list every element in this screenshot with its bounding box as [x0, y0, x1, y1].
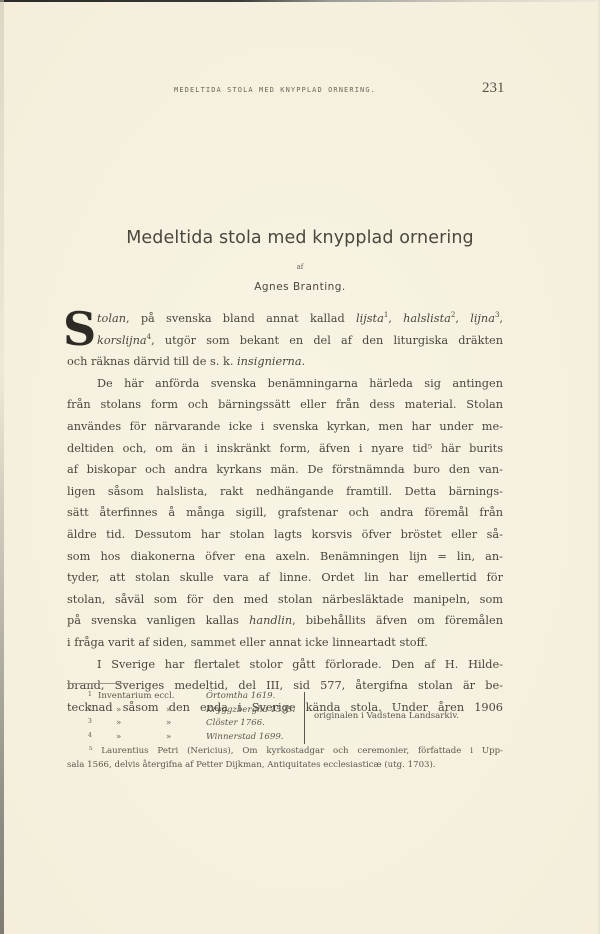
footnote-ditto: » [166, 717, 171, 731]
paragraph-2: De här anförda svenska benämningarna här… [67, 373, 503, 654]
book-page: MEDELTIDA STOLA MED KNYPPLAD ORNERING. 2… [0, 0, 600, 934]
article-title: Medeltida stola med knypplad ornering [0, 228, 600, 248]
footnote-brace [304, 692, 305, 744]
text-line: deltiden och, om än i inskränkt form, äf… [67, 438, 503, 460]
page-number: 231 [482, 80, 505, 97]
text-line: som hos diakonerna öfver ena axeln. Benä… [67, 546, 503, 568]
text-line: på svenska vanligen kallas handlin, bibe… [67, 610, 503, 632]
text-line: stolan, såväl som för den med stolan när… [67, 589, 503, 611]
text-line: äldre tid. Dessutom har stolan lagts kor… [67, 524, 503, 546]
text-line: sala 1566, delvis återgifna af Petter Di… [67, 759, 503, 773]
footnote-rule [67, 683, 127, 684]
footnote-parish: Örtomtha 1619. [206, 690, 275, 704]
footnote-number: 3 [88, 715, 92, 729]
footnote-ditto: » [166, 731, 171, 745]
drop-cap: S [63, 306, 96, 352]
footnote-parish: Clöster 1766. [206, 717, 265, 731]
text-line: i fråga varit af siden, sammet eller ann… [67, 632, 503, 654]
footnote-ditto: » [166, 704, 171, 718]
footnote-ditto: » [116, 717, 121, 731]
text-line: användes för närvarande icke i svenska k… [67, 416, 503, 438]
text-line: ⁵ Laurentius Petri (Nericius), Om kyrkos… [67, 745, 503, 759]
text-line: och räknas därvid till de s. k. insignie… [67, 351, 503, 373]
footnote-number: 1 [88, 688, 92, 702]
paragraph-1: S tolan, på svenska bland annat kallad l… [67, 308, 503, 373]
footnote-5: ⁵ Laurentius Petri (Nericius), Om kyrkos… [67, 745, 503, 772]
article-body: S tolan, på svenska bland annat kallad l… [67, 308, 503, 718]
text-line: korslijna4, utgör som bekant en del af d… [67, 330, 503, 352]
footnote-number: 4 [88, 729, 92, 743]
text-line: tolan, på svenska bland annat kallad lij… [67, 308, 503, 330]
footnote-parish: Kryggzbergha 1595. [206, 704, 295, 718]
running-head: MEDELTIDA STOLA MED KNYPPLAD ORNERING. [174, 86, 376, 94]
text-line: ligen såsom halslista, rakt nedhängande … [67, 481, 503, 503]
scan-edge-left [0, 0, 4, 934]
text-line: sätt återfinnes å många sigill, grafsten… [67, 502, 503, 524]
text-line: De här anförda svenska benämningarna här… [67, 373, 503, 395]
footnote-brace-label: originalen i Vadstena Landsarkiv. [314, 711, 459, 721]
text-line: I Sverige har flertalet stolor gått förl… [67, 654, 503, 676]
text-line: af biskopar och andra kyrkans män. De fö… [67, 459, 503, 481]
text-line: från stolans form och bärningssätt eller… [67, 394, 503, 416]
article-author: Agnes Branting. [0, 281, 600, 293]
footnote-number: 2 [88, 702, 92, 716]
footnote-ditto: » [116, 704, 121, 718]
footnote-source: Inventarium eccl. [98, 690, 174, 704]
text-line: tyder, att stolan skulle vara af linne. … [67, 567, 503, 589]
footnote-parish: Winnerstad 1699. [206, 731, 284, 745]
footnote-ditto: » [116, 731, 121, 745]
scan-edge-top [0, 0, 600, 2]
byline-af: af [0, 263, 600, 271]
